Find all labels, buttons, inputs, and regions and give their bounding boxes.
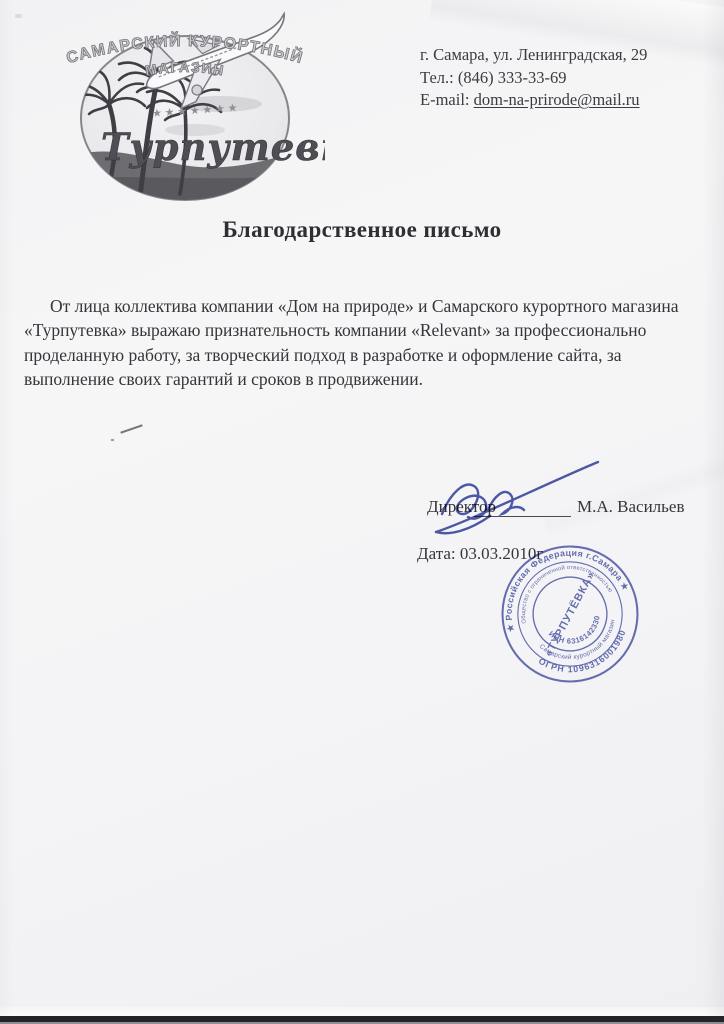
email-link[interactable]: dom-na-prirode@mail.ru	[474, 90, 640, 109]
company-stamp: ★ Российская Федерация г.Самара ★ ОГРН 1…	[478, 522, 662, 706]
letter-title: Благодарственное письмо	[0, 217, 724, 243]
scan-edge	[0, 1007, 724, 1016]
letter-body: От лица коллектива компании «Дом на прир…	[24, 294, 700, 392]
contact-email-line: E-mail: dom-na-prirode@mail.ru	[420, 89, 647, 112]
contact-address: г. Самара, ул. Ленинградская, 29	[420, 44, 647, 67]
contact-block: г. Самара, ул. Ленинградская, 29 Тел.: (…	[420, 44, 647, 112]
scan-speck	[15, 14, 22, 18]
pen-mark	[120, 424, 142, 433]
pen-mark	[111, 439, 114, 441]
email-label: E-mail:	[420, 90, 474, 109]
letter-page: САМАРСКИЙ КУРОРТНЫЙ МАГАЗИН ★ ★ ★ ★ ★ ★ …	[0, 0, 724, 1024]
logo-brand-script: Турпутевка	[101, 125, 325, 169]
company-logo: САМАРСКИЙ КУРОРТНЫЙ МАГАЗИН ★ ★ ★ ★ ★ ★ …	[45, 8, 325, 208]
contact-phone: Тел.: (846) 333-33-69	[420, 67, 647, 90]
